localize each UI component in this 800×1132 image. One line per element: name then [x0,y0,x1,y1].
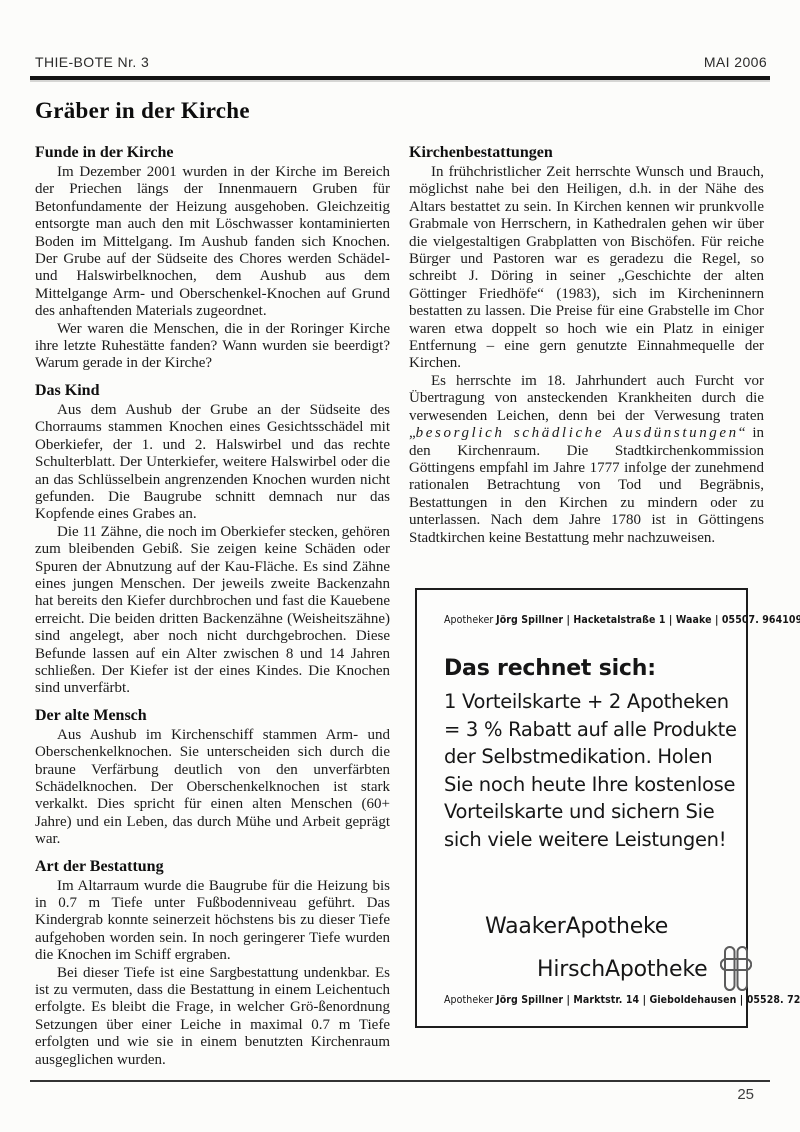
masthead-rule [30,76,770,80]
footer-rule [30,1080,770,1082]
issue-date: MAI 2006 [704,54,767,70]
ad-line: Vorteilskarte und sichern Sie [444,798,737,826]
newsletter-page: THIE-BOTE Nr. 3 MAI 2006 Gräber in der K… [0,0,800,1132]
section-heading-das-kind: Das Kind [35,382,390,400]
paragraph: Aus Aushub im Kirchenschiff stammen Arm-… [35,727,390,849]
section-heading-funde: Funde in der Kirche [35,144,390,162]
masthead: THIE-BOTE Nr. 3 MAI 2006 [35,54,767,70]
ad-contact-prefix: Apotheker [444,614,493,626]
paragraph-text: “ in den Kirchenraum. Die Stadtkirchenko… [409,425,764,545]
article-title: Gräber in der Kirche [35,98,765,124]
newsletter-name: THIE-BOTE Nr. 3 [35,54,149,70]
left-column: Funde in der Kirche Im Dezember 2001 wur… [35,142,390,1069]
paragraph: Im Dezember 2001 wurden in der Kirche im… [35,164,390,321]
ad-line: = 3 % Rabatt auf alle Produkte [444,716,737,744]
ad-contact-gieboldehausen: ApothekerJörg Spillner | Marktstr. 14 | … [444,994,800,1006]
paragraph: Die 11 Zähne, die noch im Oberkiefer ste… [35,524,390,698]
page-number: 25 [737,1086,754,1103]
pharmacy-advertisement: ApothekerJörg Spillner | Hacketalstraße … [415,588,748,1028]
ad-line: 1 Vorteilskarte + 2 Apotheken [444,688,737,716]
pharmacy-name-hirsch: HirschApotheke [537,957,707,982]
ad-line: der Selbstmedikation. Holen [444,743,737,771]
double-h-monogram-icon [720,946,752,992]
ad-contact-details: Jörg Spillner | Marktstr. 14 | Gieboldeh… [496,994,800,1006]
ad-line: Sie noch heute Ihre kostenlose [444,771,737,799]
pharmacy-name-waaker: WaakerApotheke [485,914,668,939]
pharmacy-name-hirsch-row: HirschApotheke [537,946,752,992]
ad-line: sich viele weitere Leistungen! [444,826,737,854]
section-heading-kirchenbestattungen: Kirchenbestattungen [409,144,764,162]
ad-contact-waake: ApothekerJörg Spillner | Hacketalstraße … [444,614,800,626]
section-heading-der-alte-mensch: Der alte Mensch [35,707,390,725]
paragraph: Bei dieser Tiefe ist eine Sargbestattung… [35,965,390,1069]
quoted-italic-phrase: besorglich schädliche Ausdünstungen [416,425,739,441]
paragraph: Es herrschte im 18. Jahrhundert auch Fur… [409,373,764,547]
ad-contact-prefix: Apotheker [444,994,493,1006]
paragraph: Im Altarraum wurde die Baugrube für die … [35,878,390,965]
section-heading-art-der-bestattung: Art der Bestattung [35,858,390,876]
ad-headline: Das rechnet sich: [444,656,656,681]
ad-offer-text: 1 Vorteilskarte + 2 Apotheken = 3 % Raba… [444,688,737,853]
paragraph: Aus dem Aushub der Grube an der Südseite… [35,402,390,524]
paragraph: Wer waren die Menschen, die in der Rorin… [35,321,390,373]
ad-contact-details: Jörg Spillner | Hacketalstraße 1 | Waake… [496,614,800,626]
paragraph: In frühchristlicher Zeit herrschte Wunsc… [409,164,764,373]
